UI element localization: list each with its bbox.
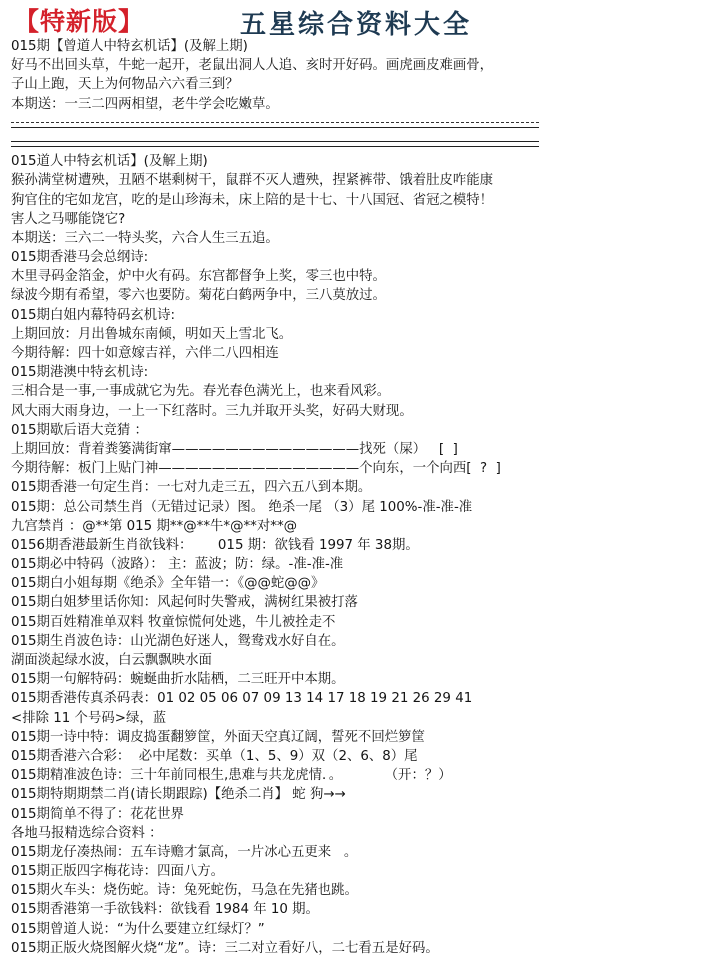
- text-line: 015期香港六合彩： 必中尾数：买单（1、5、9）双（2、6、8）尾: [11, 747, 713, 766]
- text-line: 上期回放：背着粪篓满街窜——————————————找死（屎） [ ]: [11, 440, 713, 459]
- text-line: 015期正版四字梅花诗：四面八方。: [11, 862, 713, 881]
- text-line: 子山上跑，天上为何物品六六看三到？: [11, 75, 713, 94]
- text-line: 015期曾道人说：“为什么要建立红绿灯？”: [11, 920, 713, 939]
- text-line: 0156期香港最新生肖欲钱料： 015 期：欲钱看 1997 年 38期。: [11, 536, 713, 555]
- text-line: 015期龙仔凑热闹：五车诗赡才氯高，一片冰心五更来 。: [11, 843, 713, 862]
- page-header: 【特新版】 五星综合资料大全: [0, 0, 713, 38]
- separator-line: [11, 133, 713, 152]
- text-line: 木里寻码金箔金，炉中火有码。东宫都督争上奖，零三也中特。: [11, 267, 713, 286]
- text-line: 今期待解：板门上贴门神———————————————个向东，一个向西[ ? ]: [11, 459, 713, 478]
- text-line: 015期精准波色诗：三十年前同根生,患难与共龙虎情．。 （开：？）: [11, 766, 713, 785]
- document-body: 015期【曾道人中特玄机话】(及解上期) 好马不出回头草，牛蛇一起开，老鼠出洞人…: [11, 37, 713, 958]
- text-line: 风大雨大雨身边，一上一下红落时。三九并取开头奖，好码大财现。: [11, 402, 713, 421]
- text-line: 015期白姐梦里话你知：风起何时失警戒，满树红果被打落: [11, 593, 713, 612]
- text-line: 015期香港一句定生肖：一七对九走三五，四六五八到本期。: [11, 478, 713, 497]
- page-title: 五星综合资料大全: [240, 4, 472, 41]
- text-line: 015期生肖波色诗：山光湖色好迷人，鸳鸯戏水好自在。: [11, 632, 713, 651]
- text-line: <排除 11 个号码>绿，蓝: [11, 709, 713, 728]
- edition-badge: 【特新版】: [14, 2, 144, 38]
- text-line: 猴孙满堂树遭殃，丑陋不堪剩树干，鼠群不灭人遭殃，捏紧裤带、饿着肚皮咋能康: [11, 171, 713, 190]
- text-line: 本期送：一三二四两相望，老牛学会吃嫩草。: [11, 95, 713, 114]
- text-line: 015期【曾道人中特玄机话】(及解上期): [11, 37, 713, 56]
- text-line: 绿波今期有希望，零六也要防。菊花白鹤两争中，三八莫放过。: [11, 286, 713, 305]
- text-line: 好马不出回头草，牛蛇一起开，老鼠出洞人人追、亥时开好码。画虎画皮难画骨，: [11, 56, 713, 75]
- text-line: 015期一句解特码：蜿蜒曲折水陆栖，二三旺开中本期。: [11, 670, 713, 689]
- text-line: 015期港澳中特玄机诗:: [11, 363, 713, 382]
- text-line: 015期香港马会总纲诗:: [11, 248, 713, 267]
- text-line: 015期特期期禁二肖(请长期跟踪)【绝杀二肖】 蛇 狗→→: [11, 785, 713, 804]
- text-line: 015期白姐内幕特码玄机诗:: [11, 306, 713, 325]
- text-line: 015期火车头：烧伤蛇。诗：兔死蛇伤，马急在先猪也跳。: [11, 881, 713, 900]
- text-line: 本期送：三六二一特头奖，六合人生三五追。: [11, 229, 713, 248]
- text-line: 九宫禁肖 ：@**第 015 期**@**牛*@**对**@: [11, 517, 713, 536]
- text-line: 015期白小姐每期《绝杀》全年错一：《@@蛇@@》: [11, 574, 713, 593]
- text-line: 015期一诗中特：调皮捣蛋翻箩筐，外面天空真辽阔，誓死不回烂箩筐: [11, 728, 713, 747]
- text-line: 狗官住的宅如龙宫，吃的是山珍海未，床上陪的是十七、十八国冠、省冠之模特！: [11, 191, 713, 210]
- divider: [11, 141, 539, 147]
- separator-line: [11, 114, 713, 133]
- text-line: 湖面淡起绿水波，白云飘飘映水面: [11, 651, 713, 670]
- text-line: 015期歇后语大竞猜 ：: [11, 421, 713, 440]
- text-line: 015期百姓精准单双料 牧童惊慌何处逃，牛儿被拴走不: [11, 613, 713, 632]
- text-line: 015期：总公司禁生肖（无错过记录）图。 绝杀一尾 （3）尾 100%-准-准-…: [11, 498, 713, 517]
- text-line: 各地马报精选综合资料 ：: [11, 824, 713, 843]
- text-line: 015期必中特码（波路）： 主：蓝波；防：绿。-准-准-准: [11, 555, 713, 574]
- text-line: 015期香港第一手欲钱料：欲钱看 1984 年 10 期。: [11, 900, 713, 919]
- text-line: 015期简单不得了：花花世界: [11, 805, 713, 824]
- text-line: 015期正版火烧图解火烧“龙”。诗：三二对立看好八，二七看五是好码。: [11, 939, 713, 958]
- text-line: 015道人中特玄机话】(及解上期): [11, 152, 713, 171]
- text-line: 今期待解：四十如意嫁吉祥，六伴二八四相连: [11, 344, 713, 363]
- text-line: 015期香港传真杀码表：01 02 05 06 07 09 13 14 17 1…: [11, 689, 713, 708]
- text-line: 上期回放：月出鲁城东南倾，明如天上雪北飞。: [11, 325, 713, 344]
- divider: [11, 122, 539, 128]
- text-line: 三相合是一事,一事成就它为先。春光春色满光上，也来看风彩。: [11, 382, 713, 401]
- text-line: 害人之马哪能饶它?: [11, 210, 713, 229]
